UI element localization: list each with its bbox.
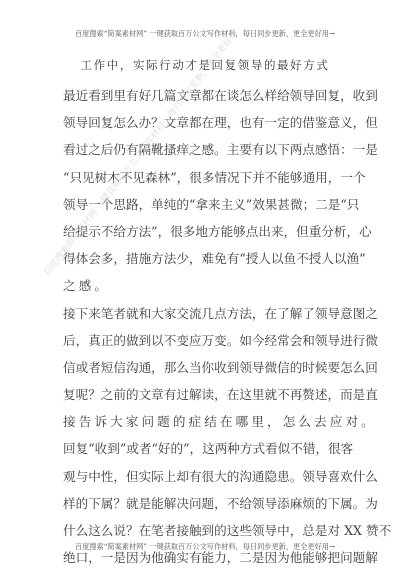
body-line: 之感。 [63,277,347,304]
body-line: 后，真正的做到以不变应万变。如今经常会和领导进行微 [63,332,347,359]
body-line: 最近看到里有好几篇文章都在谈怎么样给领导回复，收到 [63,87,347,114]
page-header-banner: 百度搜索“简案素材网” 一键获取百万公文写作材料，每日同步更新，更全更好用→ [0,29,410,39]
body-line: 复呢？之前的文章有过解读，在这里就不再赘述，而是直 [63,386,347,413]
body-line: 回复“收到”或者“好的”，这两种方式看似不错，很客 [63,440,347,467]
body-line: 观与中性，但实际上却有很大的沟通隐患。领导喜欢什么 [63,468,347,495]
body-line: 得体会多，措施方法少，难免有“授人以鱼不授人以渔” [63,250,347,277]
body-line: 样的下属？就是能解决问题，不给领导添麻烦的下属。为 [63,495,347,522]
body-line: 接下来笔者就和大家交流几点方法，在了解了领导意图之 [63,305,347,332]
body-line: 接告诉大家问题的症结在哪里，怎么去应对。 [63,413,347,440]
body-line: 领导回复怎么办？文章都在理，也有一定的借鉴意义，但 [63,114,347,141]
document-body: 最近看到里有好几篇文章都在谈怎么样给领导回复，收到 领导回复怎么办？文章都在理，… [63,87,347,576]
page-footer-banner: 百度搜索“简案素材网” 一键获取百万公文写作材料，每日同步更新，更全更好用→ [0,542,410,552]
body-line: 信或者短信沟通，那么当你收到领导微信的时候要怎么回 [63,359,347,386]
body-line: 给提示不给方法”，很多地方能够点出来，但重分析，心 [63,223,347,250]
body-line: 看过之后仍有隔靴搔痒之感。主要有以下两点感悟：一是 [63,141,347,168]
body-line: 绝口，一是因为他确实有能力，二是因为他能够把问题解 [63,549,347,576]
